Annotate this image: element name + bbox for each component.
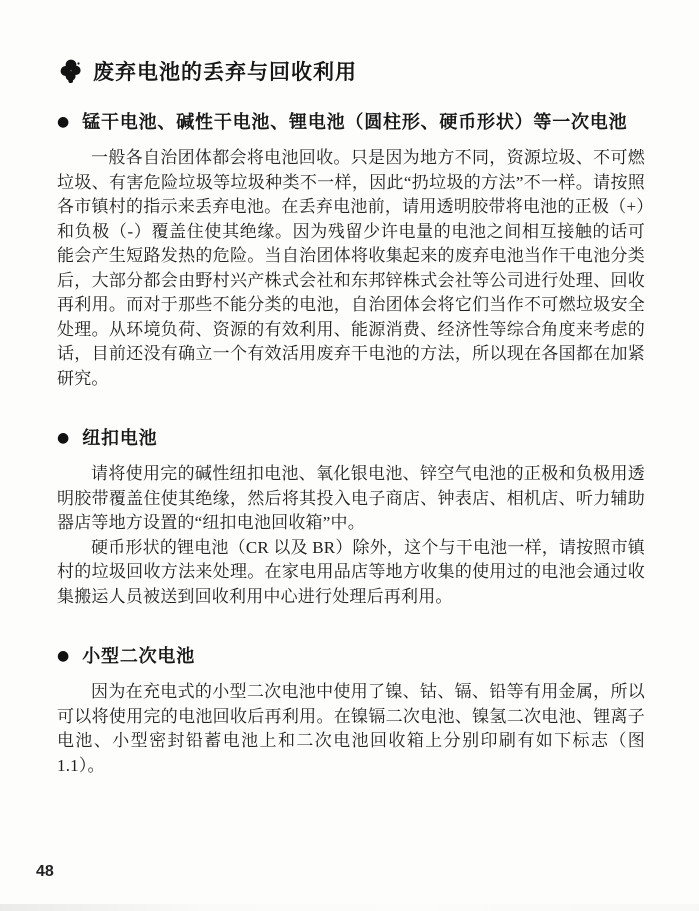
section-heading: 锰干电池、碱性干电池、锂电池（圆柱形、硬币形状）等一次电池 (82, 108, 627, 134)
scan-edge-artifact (0, 904, 699, 911)
bullet-icon: ● (57, 649, 69, 663)
clover-blob-icon (59, 58, 83, 85)
section-heading: 纽扣电池 (82, 424, 157, 450)
page-number: 48 (36, 863, 54, 881)
paragraph: 硬币形状的锂电池（CR 以及 BR）除外，这个与干电池一样，请按照市镇村的垃圾回… (57, 536, 645, 610)
section-heading-row: ● 锰干电池、碱性干电池、锂电池（圆柱形、硬币形状）等一次电池 (57, 108, 645, 134)
section-body: 一般各自治团体都会将电池回收。只是因为地方不同，资源垃圾、不可燃垃圾、有害危险垃… (57, 146, 645, 391)
paragraph: 一般各自治团体都会将电池回收。只是因为地方不同，资源垃圾、不可燃垃圾、有害危险垃… (57, 146, 645, 391)
section-small-secondary-batteries: ● 小型二次电池 因为在充电式的小型二次电池中使用了镍、钴、镉、铅等有用金属，所… (57, 642, 645, 778)
scanned-book-page: 废弃电池的丢弃与回收利用 ● 锰干电池、碱性干电池、锂电池（圆柱形、硬币形状）等… (0, 0, 699, 911)
bullet-icon: ● (57, 431, 69, 445)
section-button-batteries: ● 纽扣电池 请将使用完的碱性纽扣电池、氧化银电池、锌空气电池的正极和负极用透明… (57, 424, 645, 609)
section-primary-batteries: ● 锰干电池、碱性干电池、锂电池（圆柱形、硬币形状）等一次电池 一般各自治团体都… (57, 108, 645, 391)
chapter-title: 废弃电池的丢弃与回收利用 (93, 56, 357, 86)
section-heading-row: ● 小型二次电池 (57, 642, 645, 668)
section-heading-row: ● 纽扣电池 (57, 424, 645, 450)
section-body: 因为在充电式的小型二次电池中使用了镍、钴、镉、铅等有用金属，所以可以将使用完的电… (57, 680, 645, 778)
section-heading: 小型二次电池 (82, 642, 195, 668)
paragraph: 因为在充电式的小型二次电池中使用了镍、钴、镉、铅等有用金属，所以可以将使用完的电… (57, 680, 645, 778)
paragraph: 请将使用完的碱性纽扣电池、氧化银电池、锌空气电池的正极和负极用透明胶带覆盖住使其… (57, 462, 645, 536)
bullet-icon: ● (57, 115, 69, 129)
chapter-title-row: 废弃电池的丢弃与回收利用 (59, 56, 645, 86)
section-body: 请将使用完的碱性纽扣电池、氧化银电池、锌空气电池的正极和负极用透明胶带覆盖住使其… (57, 462, 645, 609)
